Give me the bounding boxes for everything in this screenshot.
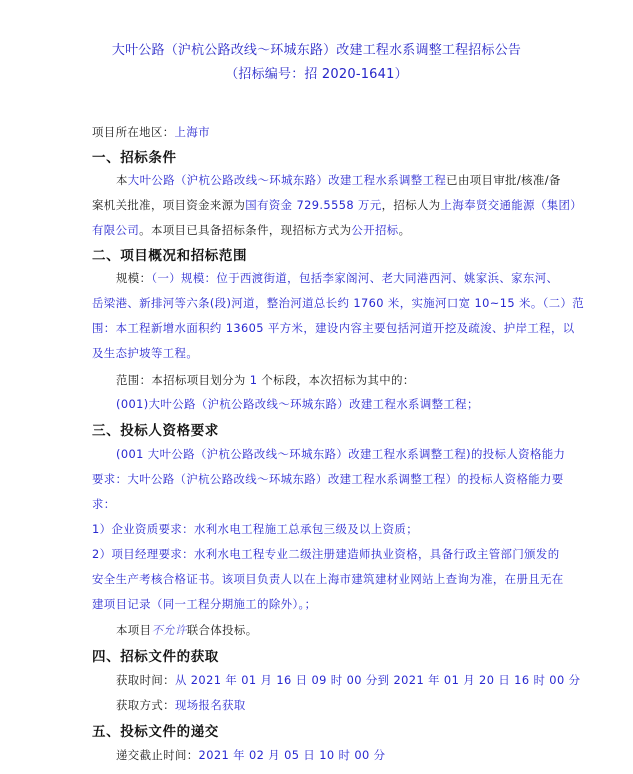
submission-deadline-value: 2021 年 02 月 05 日 10 时 00 分: [199, 748, 386, 762]
label: 获取方式：: [116, 698, 175, 712]
acquisition-time-value: 从 2021 年 01 月 16 日 09 时 00 分到 2021 年 01 …: [175, 673, 580, 687]
pm-requirement-line-3: 建项目记录（同一工程分期施工的除外）。；: [92, 596, 552, 612]
section-heading-bid-submission: 五、投标文件的递交: [92, 720, 219, 740]
qualification-line-3: 求：: [92, 496, 552, 512]
text: 本: [116, 173, 128, 187]
acquisition-method-value: 现场报名获取: [175, 698, 246, 712]
submission-deadline: 递交截止时间：2021 年 02 月 05 日 10 时 00 分: [116, 747, 576, 763]
label: 递交截止时间：: [116, 748, 199, 762]
tender-number: （招标编号：招 2020-1641）: [0, 63, 633, 82]
project-region: 项目所在地区：上海市: [92, 124, 552, 140]
tenderer-name: 上海奉贤交通能源（集团）: [441, 198, 583, 212]
pm-requirement-line-2: 安全生产考核合格证书。该项目负责人以在上海市建筑建材业网站上查询为准，在册且无在: [92, 571, 552, 587]
text: 案机关批准，项目资金来源为: [92, 198, 245, 212]
section-heading-document-acquisition: 四、招标文件的获取: [92, 645, 219, 665]
overview-line-3: 围：本工程新增水面积约 13605 平方米，建设内容主要包括河道开挖及疏浚、护岸…: [92, 320, 552, 336]
lot-item: (001)大叶公路（沪杭公路改线～环城东路）改建工程水系调整工程；: [116, 396, 576, 412]
enterprise-qualification: 1）企业资质要求：水利水电工程施工总承包三级及以上资质；: [92, 521, 552, 537]
text: 个标段，本次招标为其中的：: [257, 373, 414, 387]
tender-range: 范围：本招标项目划分为 1 个标段，本次招标为其中的：: [116, 372, 576, 388]
document-title: 大叶公路（沪杭公路改线～环城东路）改建工程水系调整工程招标公告: [0, 39, 633, 58]
region-label: 项目所在地区：: [92, 125, 175, 139]
qualification-line-1: (001 大叶公路（沪杭公路改线～环城东路）改建工程水系调整工程)的投标人资格能…: [116, 446, 576, 462]
joint-bidding-status: 不允许: [151, 623, 186, 637]
text: 。: [399, 223, 411, 237]
text: 。本项目已具备招标条件，现招标方式为: [139, 223, 351, 237]
overview-line-2: 岳梁港、新排河等六条(段)河道，整治河道总长约 1760 米，实施河口宽 10~…: [92, 295, 552, 311]
pm-requirement-line-1: 2）项目经理要求：水利水电工程专业二级注册建造师执业资格，具备行政主管部门颁发的: [92, 546, 552, 562]
fund-source: 国有资金 729.5558 万元: [245, 198, 381, 212]
scale-label: 规模：: [116, 271, 151, 285]
qualification-line-2: 要求：大叶公路（沪杭公路改线～环城东路）改建工程水系调整工程）的投标人资格能力要: [92, 471, 552, 487]
section-heading-bidder-qualifications: 三、投标人资格要求: [92, 419, 219, 439]
text: ，招标人为: [382, 198, 441, 212]
text: 本项目: [116, 623, 151, 637]
joint-bidding: 本项目不允许联合体投标。: [116, 622, 576, 638]
text: 已由项目审批/核准/备: [446, 173, 561, 187]
tender-conditions-line-1: 本大叶公路（沪杭公路改线～环城东路）改建工程水系调整工程已由项目审批/核准/备: [116, 172, 552, 188]
section-heading-tender-conditions: 一、招标条件: [92, 146, 177, 166]
label: 获取时间：: [116, 673, 175, 687]
tender-conditions-line-2: 案机关批准，项目资金来源为国有资金 729.5558 万元，招标人为上海奉贤交通…: [92, 197, 552, 213]
overview-line-4: 及生态护坡等工程。: [92, 345, 552, 361]
text: 联合体投标。: [187, 623, 258, 637]
overview-line-1: 规模：（一）规模：位于西渡街道，包括李家阁河、老大同港西河、姚家浜、家东河、: [116, 270, 576, 286]
tender-conditions-line-3: 有限公司。本项目已具备招标条件，现招标方式为公开招标。: [92, 222, 552, 238]
section-heading-project-overview: 二、项目概况和招标范围: [92, 244, 247, 264]
text: 范围：本招标项目划分为: [116, 373, 250, 387]
acquisition-method: 获取方式：现场报名获取: [116, 697, 576, 713]
region-value: 上海市: [175, 125, 210, 139]
tender-method: 公开招标: [351, 223, 398, 237]
project-name: 大叶公路（沪杭公路改线～环城东路）改建工程水系调整工程: [128, 173, 446, 187]
scale-text: （一）规模：位于西渡街道，包括李家阁河、老大同港西河、姚家浜、家东河、: [151, 271, 558, 285]
tenderer-name-cont: 有限公司: [92, 223, 139, 237]
acquisition-time: 获取时间：从 2021 年 01 月 16 日 09 时 00 分到 2021 …: [116, 672, 576, 688]
